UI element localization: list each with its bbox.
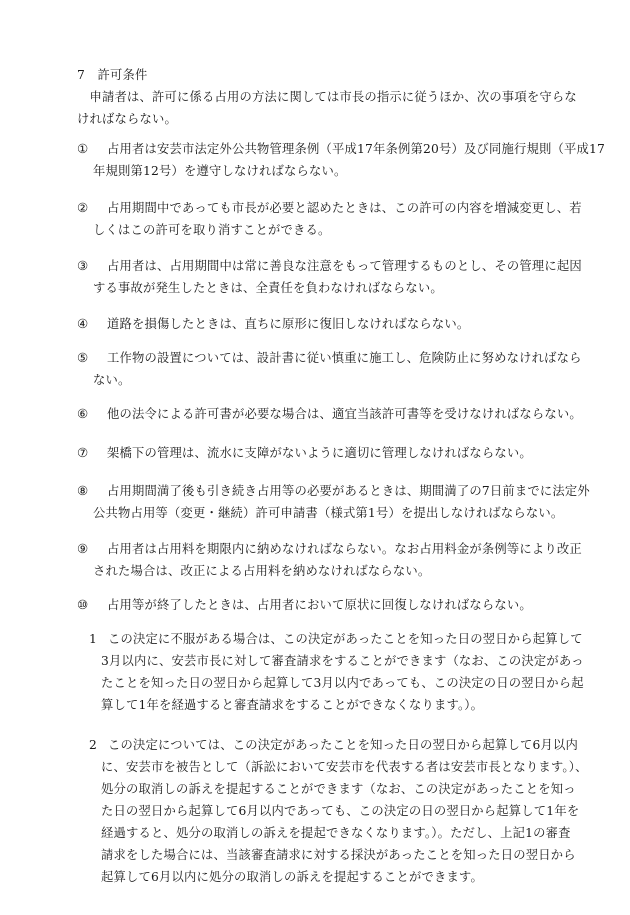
condition-number: ⑩ xyxy=(77,597,107,613)
notice-text: この決定に不服がある場合は、この決定があったことを知った日の翌日から起算して xyxy=(108,632,583,646)
condition-number: ① xyxy=(77,141,107,157)
section-title: 7 許可条件 xyxy=(77,67,148,83)
notice-number: 1 xyxy=(89,631,108,647)
notice-text: 起算して6月以内に処分の取消しの訴えを提起することができます。 xyxy=(101,869,483,885)
notice-text: 処分の取消しの訴えを提起することができます（なお、この決定があったことを知っ xyxy=(101,781,576,797)
condition-text: 占用期間中であっても市長が必要と認めたときは、この許可の内容を増減変更し、若 xyxy=(107,201,582,215)
notice-text: この決定については、この決定があったことを知った日の翌日から起算して6月以内 xyxy=(108,738,578,752)
condition-text: 工作物の設置については、設計書に従い慎重に施工し、危険防止に努めなければなら xyxy=(107,351,582,365)
condition-text: 占用期間満了後も引き続き占用等の必要があるときは、期間満了の7日前までに法定外 xyxy=(107,484,590,498)
condition-text: しくはこの許可を取り消すことができる。 xyxy=(93,222,330,238)
notice-text: 算して1年を経過すると審査請求をすることができなくなります。）。 xyxy=(101,697,483,713)
condition-number: ⑥ xyxy=(77,406,107,422)
condition-text: 年規則第12号）を遵守しなければならない。 xyxy=(93,163,347,179)
notice-number: 2 xyxy=(89,737,108,753)
condition-text: 他の法令による許可書が必要な場合は、適宜当該許可書等を受けなければならない。 xyxy=(107,407,582,421)
condition-text: する事故が発生したときは、全責任を負わなければならない。 xyxy=(93,280,443,296)
condition-number: ⑧ xyxy=(77,483,107,499)
condition-text: ない。 xyxy=(93,372,131,388)
condition-number: ③ xyxy=(77,258,107,274)
condition-text: 占用者は占用料を期限内に納めなければならない。なお占用料金が条例等により改正 xyxy=(107,542,582,556)
intro-line-1: 申請者は、許可に係る占用の方法に関しては市長の指示に従うほか、次の事項を守らな xyxy=(77,89,577,105)
condition-text: 公共物占用等（変更・継続）許可申請書（様式第1号）を提出しなければならない。 xyxy=(93,505,563,521)
notice-text: 経過すると、処分の取消しの訴えを提起できなくなります。）。ただし、上記1の審査 xyxy=(101,825,571,841)
condition-number: ④ xyxy=(77,316,107,332)
condition-text: された場合は、改正による占用料を納めなければならない。 xyxy=(93,563,430,579)
condition-text: 架橋下の管理は、流水に支障がないように適切に管理しなければならない。 xyxy=(107,446,532,460)
condition-number: ⑤ xyxy=(77,350,107,366)
notice-text: に、安芸市を被告として（訴訟において安芸市を代表する者は安芸市長となります。）、 xyxy=(101,759,588,775)
condition-text: 道路を損傷したときは、直ちに原形に復旧しなければならない。 xyxy=(107,317,469,331)
intro-line-2: ければならない。 xyxy=(77,111,177,127)
condition-number: ⑦ xyxy=(77,445,107,461)
condition-number: ② xyxy=(77,200,107,216)
notice-text: たことを知った日の翌日から起算して3月以内であっても、この決定の日の翌日から起 xyxy=(101,675,584,691)
notice-text: 3月以内に、安芸市長に対して審査請求をすることができます（なお、この決定があっ xyxy=(101,653,584,669)
condition-number: ⑨ xyxy=(77,541,107,557)
condition-text: 占用者は、占用期間中は常に善良な注意をもって管理するものとし、その管理に起因 xyxy=(107,259,582,273)
notice-text: 請求をした場合には、当該審査請求に対する採決があったことを知った日の翌日から xyxy=(101,847,576,863)
condition-text: 占用等が終了したときは、占用者において原状に回復しなければならない。 xyxy=(107,598,532,612)
condition-text: 占用者は安芸市法定外公共物管理条例（平成17年条例第20号）及び同施行規則（平成… xyxy=(107,142,605,156)
notice-text: た日の翌日から起算して6月以内であっても、この決定の日の翌日から起算して1年を xyxy=(101,803,579,819)
